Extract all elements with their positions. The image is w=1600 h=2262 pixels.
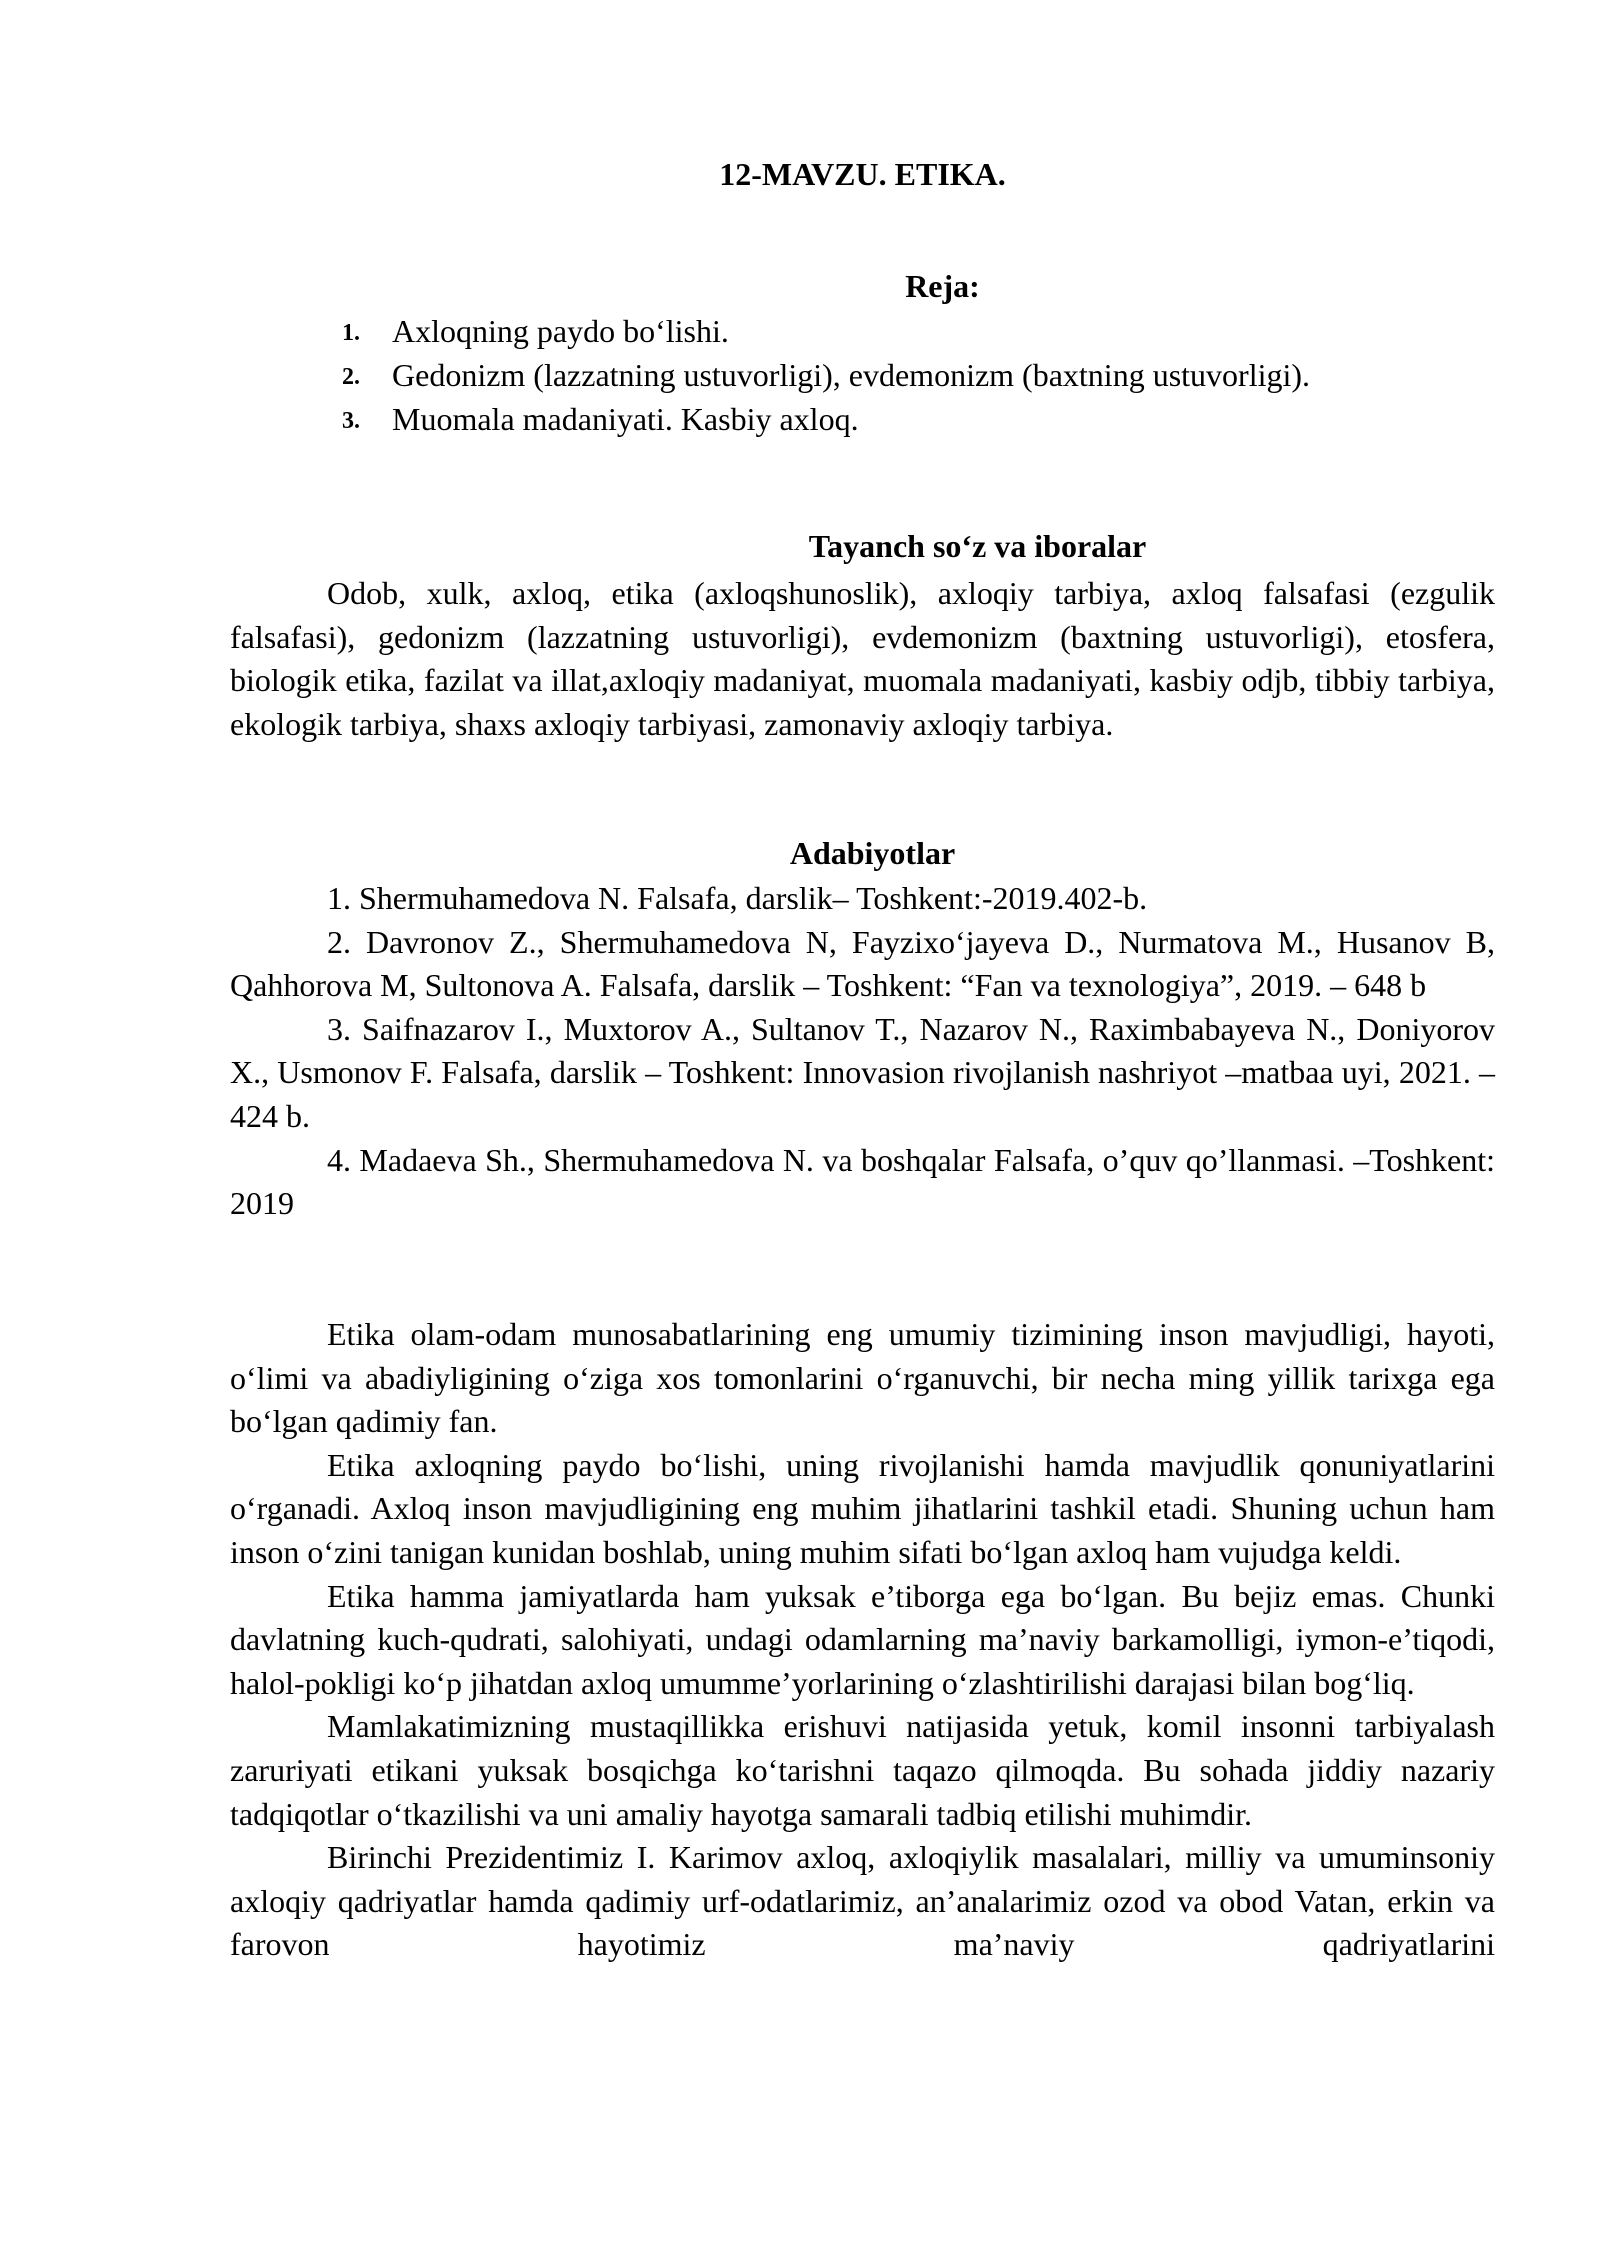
references-list: 1. Shermuhamedova N. Falsafa, darslik– T…: [230, 877, 1495, 1226]
reference-item: 1. Shermuhamedova N. Falsafa, darslik– T…: [230, 877, 1495, 921]
plan-item-text: Gedonizm (lazzatning ustuvorligi), evdem…: [392, 357, 1310, 393]
plan-item-number: 3.: [342, 399, 360, 443]
reference-item: 4. Madaeva Sh., Shermuhamedova N. va bos…: [230, 1139, 1495, 1226]
plan-item: 3. Muomala madaniyati. Kasbiy axloq.: [342, 397, 1342, 441]
plan-item-text: Axloqning paydo bo‘lishi.: [392, 313, 729, 349]
reference-item: 2. Davronov Z., Shermuhamedova N, Fayzix…: [230, 921, 1495, 1008]
references-heading: Adabiyotlar: [230, 835, 1495, 872]
plan-heading: Reja:: [230, 268, 1495, 305]
plan-item: 2. Gedonizm (lazzatning ustuvorligi), ev…: [342, 353, 1342, 397]
body-paragraph: Etika olam-odam munosabatlarining eng um…: [230, 1313, 1495, 1444]
body-paragraph: Etika hamma jamiyatlarda ham yuksak e’ti…: [230, 1575, 1495, 1706]
body-paragraph: Mamlakatimizning mustaqillikka erishuvi …: [230, 1705, 1495, 1836]
plan-list: 1. Axloqning paydo bo‘lishi. 2. Gedonizm…: [342, 309, 1342, 441]
plan-item-number: 2.: [342, 355, 360, 399]
keywords-section: Odob, xulk, axloq, etika (axloqshunoslik…: [230, 572, 1495, 746]
page-title: 12-MAVZU. ETIKA.: [230, 156, 1495, 193]
plan-item-text: Muomala madaniyati. Kasbiy axloq.: [392, 401, 859, 437]
keywords-heading: Tayanch so‘z va iboralar: [230, 528, 1495, 565]
plan-item-number: 1.: [342, 311, 360, 355]
body-paragraph: Etika axloqning paydo bo‘lishi, uning ri…: [230, 1444, 1495, 1575]
plan-item: 1. Axloqning paydo bo‘lishi.: [342, 309, 1342, 353]
reference-item: 3. Saifnazarov I., Muxtorov A., Sultanov…: [230, 1008, 1495, 1139]
keywords-text: Odob, xulk, axloq, etika (axloqshunoslik…: [230, 572, 1495, 746]
body-text: Etika olam-odam munosabatlarining eng um…: [230, 1313, 1495, 1967]
body-paragraph: Birinchi Prezidentimiz I. Karimov axloq,…: [230, 1836, 1495, 1967]
